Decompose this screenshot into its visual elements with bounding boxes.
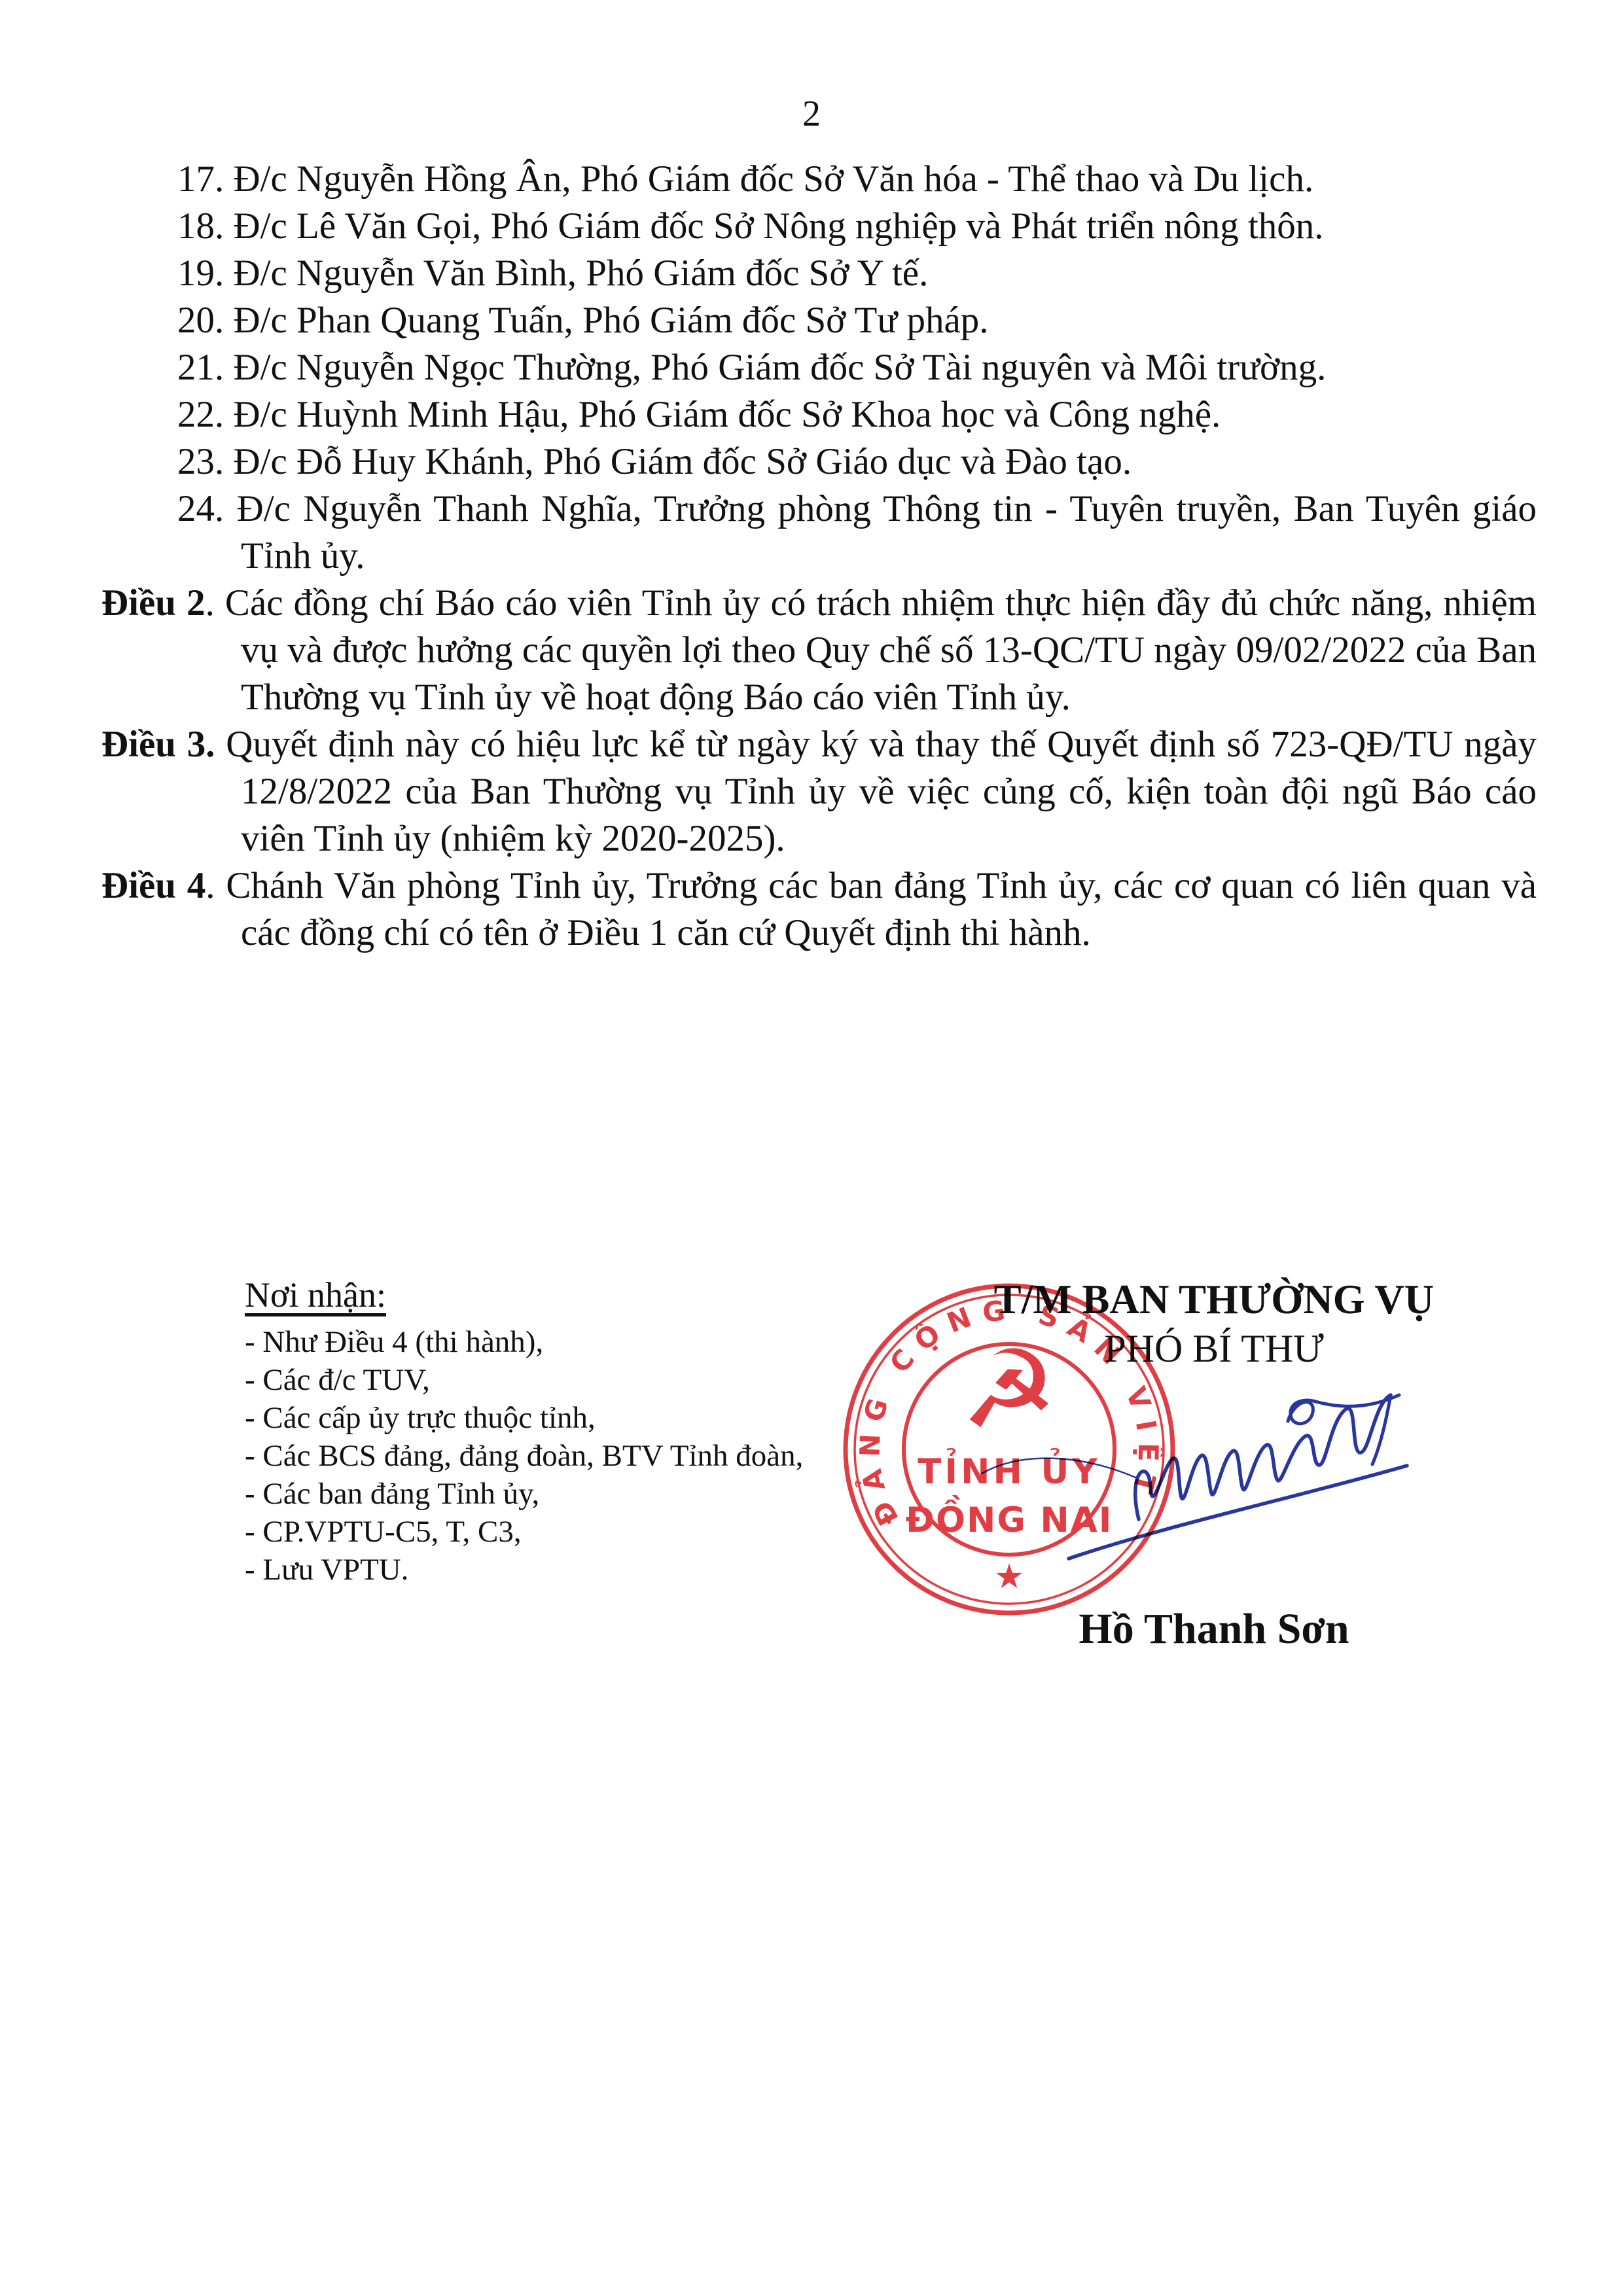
recipient-line: - Các BCS đảng, đảng đoàn, BTV Tỉnh đoàn… [245, 1437, 803, 1475]
list-item-number: 22. [177, 394, 224, 435]
article-text: Quyết định này có hiệu lực kể từ ngày ký… [215, 724, 1537, 859]
list-item: 22. Đ/c Huỳnh Minh Hậu, Phó Giám đốc Sở … [241, 391, 1537, 438]
page-number: 2 [0, 93, 1623, 135]
stamp-star-icon: ★ [994, 1557, 1025, 1597]
list-item-text: Đ/c Huỳnh Minh Hậu, Phó Giám đốc Sở Khoa… [234, 394, 1221, 435]
article-text: . Các đồng chí Báo cáo viên Tỉnh ủy có t… [205, 582, 1537, 718]
list-item: 17. Đ/c Nguyễn Hồng Ân, Phó Giám đốc Sở … [241, 156, 1537, 203]
list-item-number: 18. [177, 205, 224, 247]
recipients-header: Nơi nhận: [245, 1273, 803, 1316]
article-4: Điều 4. Chánh Văn phòng Tỉnh ủy, Trưởng … [241, 862, 1537, 957]
article-label: Điều 3. [101, 724, 215, 765]
list-item-number: 19. [177, 253, 224, 294]
list-item: 18. Đ/c Lê Văn Gọi, Phó Giám đốc Sở Nông… [241, 203, 1537, 250]
list-item-text: Đ/c Phan Quang Tuấn, Phó Giám đốc Sở Tư … [234, 300, 989, 341]
list-item-text: Đ/c Nguyễn Ngọc Thường, Phó Giám đốc Sở … [234, 347, 1327, 388]
stamp-center-line2: ĐỒNG NAI [906, 1495, 1113, 1540]
list-item: 19. Đ/c Nguyễn Văn Bình, Phó Giám đốc Sở… [241, 250, 1537, 297]
article-label: Điều 4 [101, 865, 205, 906]
list-item-number: 23. [177, 441, 224, 482]
article-label: Điều 2 [101, 582, 205, 624]
list-item-text: Đ/c Nguyễn Thanh Nghĩa, Trưởng phòng Thô… [237, 488, 1537, 576]
article-3: Điều 3. Quyết định này có hiệu lực kể từ… [241, 721, 1537, 862]
stamp-center-line1: TỈNH ỦY [918, 1447, 1100, 1492]
document-page: 2 17. Đ/c Nguyễn Hồng Ân, Phó Giám đốc S… [0, 0, 1623, 2296]
list-item-text: Đ/c Nguyễn Hồng Ân, Phó Giám đốc Sở Văn … [234, 158, 1314, 200]
list-item: 24. Đ/c Nguyễn Thanh Nghĩa, Trưởng phòng… [241, 486, 1537, 580]
list-item-number: 21. [177, 347, 224, 388]
list-item-number: 24. [177, 488, 224, 529]
list-item-number: 17. [177, 158, 224, 200]
recipient-line: - CP.VPTU-C5, T, C3, [245, 1513, 803, 1551]
recipient-line: - Như Điều 4 (thi hành), [245, 1323, 803, 1361]
list-item-number: 20. [177, 300, 224, 341]
recipient-line: - Lưu VPTU. [245, 1551, 803, 1589]
recipients-block: Nơi nhận: - Như Điều 4 (thi hành), - Các… [245, 1273, 803, 1589]
recipient-line: - Các cấp ủy trực thuộc tỉnh, [245, 1399, 803, 1437]
official-stamp: ĐẢNG CỘNG SẢN VIỆT NAM ☭ TỈNH ỦY ĐỒNG NA… [839, 1279, 1179, 1619]
recipient-line: - Các đ/c TUV, [245, 1361, 803, 1399]
list-item-text: Đ/c Lê Văn Gọi, Phó Giám đốc Sở Nông ngh… [234, 205, 1324, 247]
recipient-line: - Các ban đảng Tỉnh ủy, [245, 1475, 803, 1513]
list-item: 23. Đ/c Đỗ Huy Khánh, Phó Giám đốc Sở Gi… [241, 438, 1537, 486]
document-body: 17. Đ/c Nguyễn Hồng Ân, Phó Giám đốc Sở … [241, 156, 1537, 957]
hammer-sickle-icon: ☭ [961, 1327, 1058, 1453]
list-item-text: Đ/c Đỗ Huy Khánh, Phó Giám đốc Sở Giáo d… [234, 441, 1132, 482]
list-item-text: Đ/c Nguyễn Văn Bình, Phó Giám đốc Sở Y t… [234, 253, 929, 294]
list-item: 20. Đ/c Phan Quang Tuấn, Phó Giám đốc Sở… [241, 297, 1537, 344]
article-2: Điều 2. Các đồng chí Báo cáo viên Tỉnh ủ… [241, 580, 1537, 721]
list-item: 21. Đ/c Nguyễn Ngọc Thường, Phó Giám đốc… [241, 344, 1537, 391]
article-text: . Chánh Văn phòng Tỉnh ủy, Trưởng các ba… [205, 865, 1537, 953]
